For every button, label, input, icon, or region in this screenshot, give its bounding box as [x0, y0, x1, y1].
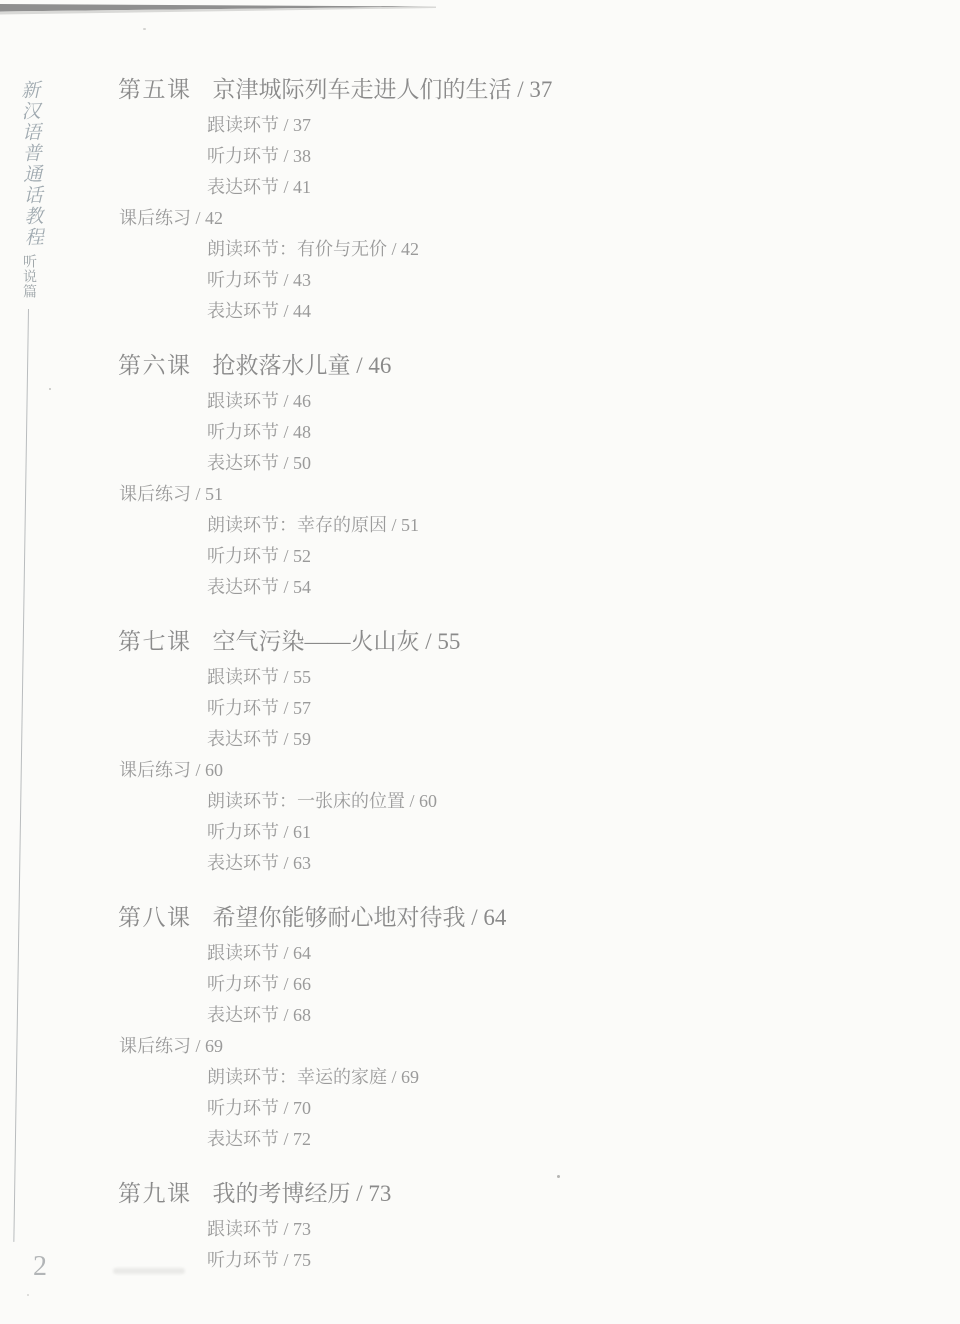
toc-item: 表达环节 / 59 — [207, 724, 818, 755]
toc-item: 朗读环节：有价与无价 / 42 — [207, 234, 818, 265]
toc-item: 听力环节 / 61 — [207, 817, 818, 848]
toc-item: 跟读环节 / 73 — [207, 1214, 818, 1245]
chapter-item-list: 跟读环节 / 37听力环节 / 38表达环节 / 41课后练习 / 42朗读环节… — [118, 110, 818, 327]
scan-speck — [27, 1294, 29, 1296]
chapter-item-list: 跟读环节 / 73听力环节 / 75 — [118, 1214, 818, 1276]
toc-item: 表达环节 / 72 — [207, 1124, 818, 1155]
toc-item: 表达环节 / 54 — [207, 572, 818, 603]
scan-speck — [49, 388, 51, 390]
chapter-heading: 第五课京津城际列车走进人们的生活 / 37 — [118, 74, 818, 105]
toc-item: 表达环节 / 63 — [207, 848, 818, 879]
toc-chapter: 第六课抢救落水儿童 / 46 跟读环节 / 46听力环节 / 48表达环节 / … — [118, 350, 818, 603]
chapter-title: 希望你能够耐心地对待我 / 64 — [213, 905, 507, 930]
toc-chapter: 第七课空气污染——火山灰 / 55 跟读环节 / 55听力环节 / 57表达环节… — [118, 626, 818, 879]
toc-item: 跟读环节 / 64 — [207, 938, 818, 969]
toc-chapter: 第九课我的考博经历 / 73 跟读环节 / 73听力环节 / 75 — [118, 1178, 818, 1276]
chapter-item-list: 跟读环节 / 46听力环节 / 48表达环节 / 50课后练习 / 51朗读环节… — [118, 386, 818, 603]
chapter-number-label: 第六课 — [118, 353, 192, 378]
chapter-title: 空气污染——火山灰 / 55 — [213, 629, 461, 654]
scan-smudge — [113, 1268, 185, 1274]
toc-item: 跟读环节 / 46 — [207, 386, 818, 417]
toc-item: 表达环节 / 44 — [207, 296, 818, 327]
chapter-heading: 第七课空气污染——火山灰 / 55 — [118, 626, 818, 657]
toc-item: 朗读环节：幸存的原因 / 51 — [207, 510, 818, 541]
toc-chapter: 第八课希望你能够耐心地对待我 / 64 跟读环节 / 64听力环节 / 66表达… — [118, 902, 818, 1155]
book-series-title-vertical: 新汉语普通话教程 — [12, 80, 46, 253]
toc-item: 跟读环节 / 37 — [207, 110, 818, 141]
toc-item: 表达环节 / 41 — [207, 172, 818, 203]
chapter-heading: 第六课抢救落水儿童 / 46 — [118, 350, 818, 381]
toc-item: 听力环节 / 43 — [207, 265, 818, 296]
chapter-title: 我的考博经历 / 73 — [213, 1181, 392, 1206]
toc-item: 听力环节 / 70 — [207, 1093, 818, 1124]
table-of-contents: 第五课京津城际列车走进人们的生活 / 37 跟读环节 / 37听力环节 / 38… — [118, 51, 818, 1276]
toc-item: 课后练习 / 60 — [119, 755, 818, 786]
toc-item: 朗读环节：一张床的位置 / 60 — [207, 786, 818, 817]
toc-item: 听力环节 / 38 — [207, 141, 818, 172]
toc-item: 听力环节 / 66 — [207, 969, 818, 1000]
toc-item: 听力环节 / 57 — [207, 693, 818, 724]
chapter-number-label: 第八课 — [118, 905, 192, 930]
toc-item: 跟读环节 / 55 — [207, 662, 818, 693]
chapter-number-label: 第五课 — [118, 77, 192, 102]
scan-speck — [143, 28, 146, 30]
sidebar-vertical-rule — [13, 309, 29, 1242]
toc-item: 表达环节 / 68 — [207, 1000, 818, 1031]
chapter-item-list: 跟读环节 / 55听力环节 / 57表达环节 / 59课后练习 / 60朗读环节… — [118, 662, 818, 879]
volume-label-vertical: 听说篇 — [22, 254, 40, 302]
chapter-heading: 第九课我的考博经历 / 73 — [118, 1178, 818, 1209]
chapter-title: 京津城际列车走进人们的生活 / 37 — [213, 77, 553, 102]
scan-edge-artifact — [0, 0, 440, 16]
chapter-title: 抢救落水儿童 / 46 — [213, 353, 392, 378]
page-number: 2 — [33, 1250, 47, 1284]
toc-item: 听力环节 / 48 — [207, 417, 818, 448]
toc-item: 课后练习 / 42 — [119, 203, 818, 234]
chapter-number-label: 第九课 — [118, 1181, 192, 1206]
toc-item: 课后练习 / 69 — [119, 1031, 818, 1062]
scan-speck — [557, 1175, 560, 1178]
toc-chapter: 第五课京津城际列车走进人们的生活 / 37 跟读环节 / 37听力环节 / 38… — [118, 74, 818, 327]
chapter-item-list: 跟读环节 / 64听力环节 / 66表达环节 / 68课后练习 / 69朗读环节… — [118, 938, 818, 1155]
book-page-scan: 新汉语普通话教程 听说篇 2 第五课京津城际列车走进人们的生活 / 37 跟读环… — [0, 0, 960, 1324]
toc-item: 课后练习 / 51 — [119, 479, 818, 510]
toc-item: 听力环节 / 75 — [207, 1245, 818, 1276]
toc-item: 听力环节 / 52 — [207, 541, 818, 572]
chapter-heading: 第八课希望你能够耐心地对待我 / 64 — [118, 902, 818, 933]
chapter-number-label: 第七课 — [118, 629, 192, 654]
toc-item: 表达环节 / 50 — [207, 448, 818, 479]
toc-item: 朗读环节：幸运的家庭 / 69 — [207, 1062, 818, 1093]
